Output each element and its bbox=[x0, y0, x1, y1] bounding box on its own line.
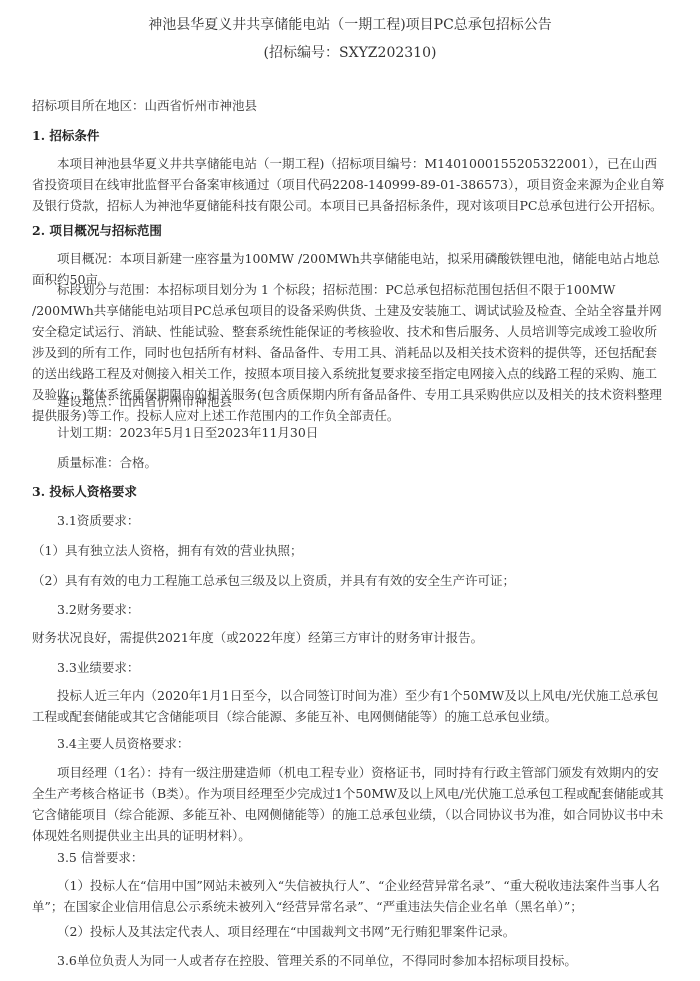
qualification-requirements-label: 3.1资质要求： bbox=[32, 510, 668, 531]
planned-schedule: 计划工期：2023年5月1日至2023年11月30日 bbox=[32, 422, 668, 443]
section-heading-bidder-qualifications: 3. 投标人资格要求 bbox=[32, 481, 668, 502]
construction-location: 建设地点：山西省忻州市神池县 bbox=[32, 391, 668, 412]
project-region: 招标项目所在地区：山西省忻州市神池县 bbox=[32, 95, 668, 116]
document-title: 神池县华夏义井共享储能电站（一期工程)项目PC总承包招标公告 bbox=[32, 14, 668, 34]
tender-number: (招标编号：SXYZ202310) bbox=[32, 42, 668, 62]
performance-requirements-label: 3.3业绩要求： bbox=[32, 657, 668, 678]
qualification-item-2: （2）具有有效的电力工程施工总承包三级及以上资质，并具有有效的安全生产许可证； bbox=[32, 570, 668, 591]
credit-item-1: （1）投标人在“信用中国”网站未被列入“失信被执行人”、“企业经营异常名录”、“… bbox=[32, 875, 668, 917]
financial-requirements-label: 3.2财务要求： bbox=[32, 599, 668, 620]
key-personnel-body: 项目经理（1名）：持有一级注册建造师（机电工程专业）资格证书，同时持有行政主管部… bbox=[32, 762, 668, 846]
credit-requirements-label: 3.5 信誉要求： bbox=[32, 847, 668, 868]
tender-conditions-body: 本项目神池县华夏义井共享储能电站（一期工程)（招标项目编号：M140100015… bbox=[32, 153, 668, 216]
financial-requirements-body: 财务状况良好，需提供2021年度（或2022年度）经第三方审计的财务审计报告。 bbox=[32, 627, 668, 648]
affiliated-units-restriction: 3.6单位负责人为同一人或者存在控股、管理关系的不同单位，不得同时参加本招标项目… bbox=[32, 950, 668, 971]
credit-item-2: （2）投标人及其法定代表人、项目经理在“中国裁判文书网”无行贿犯罪案件记录。 bbox=[32, 921, 668, 942]
performance-requirements-body: 投标人近三年内（2020年1月1日至今，以合同签订时间为准）至少有1个50MW及… bbox=[32, 685, 668, 727]
section-heading-tender-conditions: 1. 招标条件 bbox=[32, 125, 668, 146]
quality-standard: 质量标准：合格。 bbox=[32, 452, 668, 473]
section-heading-project-overview: 2. 项目概况与招标范围 bbox=[32, 220, 668, 241]
qualification-item-1: （1）具有独立法人资格，拥有有效的营业执照； bbox=[32, 540, 668, 561]
key-personnel-label: 3.4主要人员资格要求： bbox=[32, 733, 668, 754]
